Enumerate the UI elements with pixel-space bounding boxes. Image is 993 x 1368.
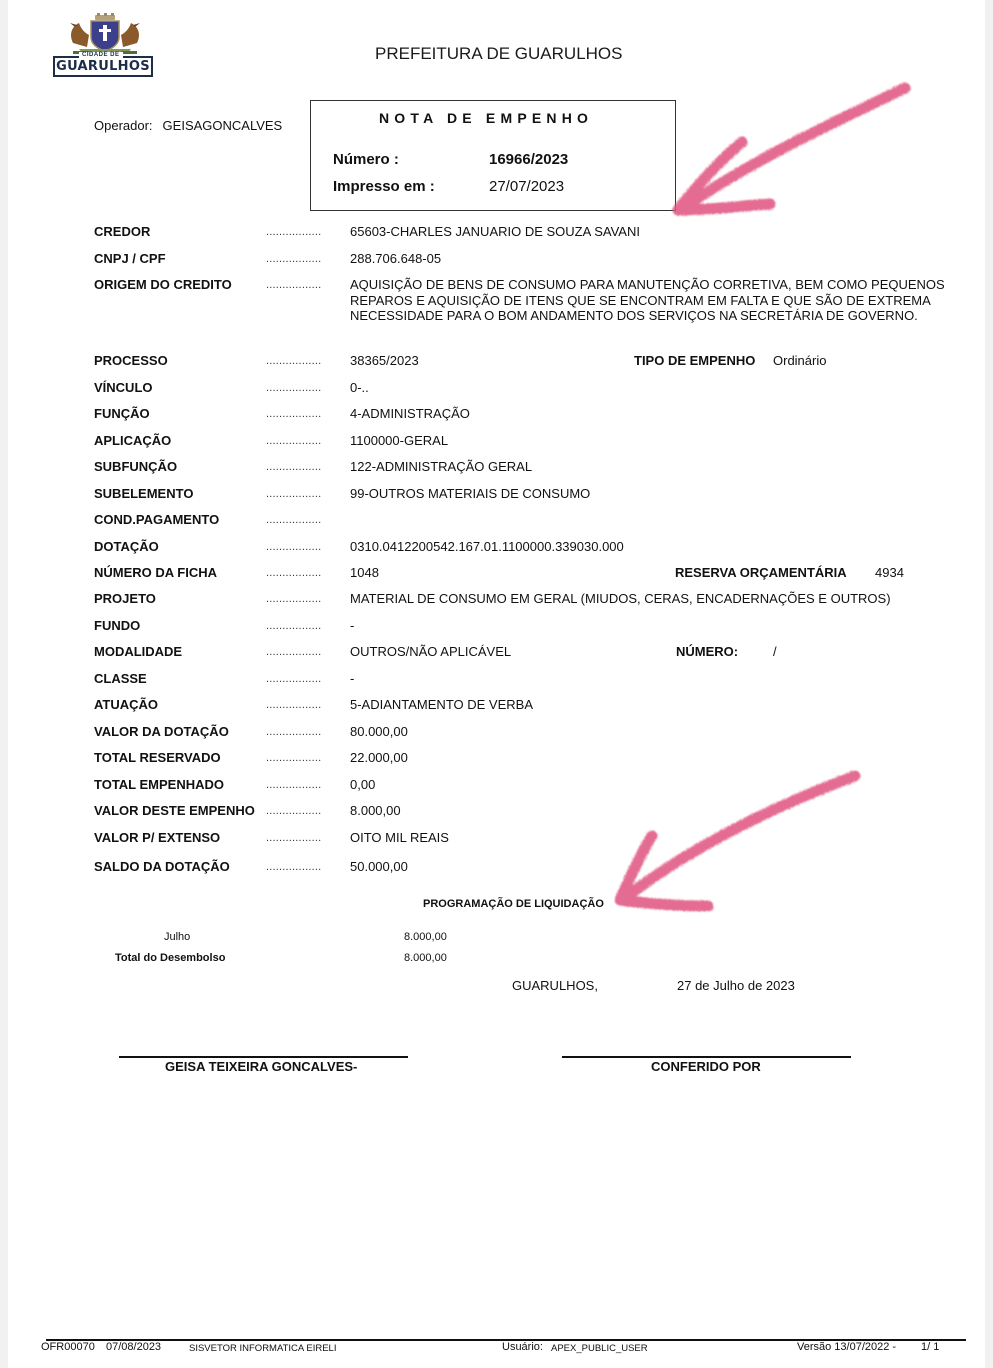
programacao-month-label: Julho xyxy=(164,931,190,943)
numero-value: 16966/2023 xyxy=(489,151,568,168)
logo-wordmark: CIDADE DE GUARULHOS xyxy=(53,56,153,77)
cond-pagamento-label: COND.PAGAMENTO xyxy=(94,512,219,527)
vinculo-label: VÍNCULO xyxy=(94,380,153,395)
numero-value-side: / xyxy=(773,644,777,659)
footer-code: OFR00070 xyxy=(41,1341,95,1353)
total-reservado-value: 22.000,00 xyxy=(350,750,408,765)
footer-usuario-value: APEX_PUBLIC_USER xyxy=(551,1343,648,1354)
total-empenhado-value: 0,00 xyxy=(350,777,375,792)
total-empenhado-dots: ................. xyxy=(266,779,321,791)
valor-dotacao-dots: ................. xyxy=(266,726,321,738)
classe-label: CLASSE xyxy=(94,671,147,686)
valor-dotacao-label: VALOR DA DOTAÇÃO xyxy=(94,724,229,739)
subelemento-label: SUBELEMENTO xyxy=(94,486,193,501)
footer-versao: Versão 13/07/2022 - xyxy=(797,1341,896,1353)
cnpj-label: CNPJ / CPF xyxy=(94,251,166,266)
atuacao-value: 5-ADIANTAMENTO DE VERBA xyxy=(350,697,533,712)
classe-value: - xyxy=(350,671,354,686)
funcao-dots: ................. xyxy=(266,408,321,420)
numero-ficha-dots: ................. xyxy=(266,567,321,579)
reserva-value: 4934 xyxy=(875,565,904,580)
aplicacao-label: APLICAÇÃO xyxy=(94,433,171,448)
total-desembolso-value: 8.000,00 xyxy=(404,952,447,964)
dotacao-dots: ................. xyxy=(266,541,321,553)
page-title: PREFEITURA DE GUARULHOS xyxy=(375,44,623,64)
projeto-dots: ................. xyxy=(266,593,321,605)
signature-name-right: CONFERIDO POR xyxy=(651,1059,761,1074)
place-city: GUARULHOS, xyxy=(512,978,598,993)
total-empenhado-label: TOTAL EMPENHADO xyxy=(94,777,224,792)
subfuncao-dots: ................. xyxy=(266,461,321,473)
total-reservado-dots: ................. xyxy=(266,752,321,764)
valor-empenho-value: 8.000,00 xyxy=(350,803,401,818)
modalidade-value: OUTROS/NÃO APLICÁVEL xyxy=(350,644,511,659)
tipo-empenho-value: Ordinário xyxy=(773,353,826,368)
modalidade-dots: ................. xyxy=(266,646,321,658)
valor-extenso-value: OITO MIL REAIS xyxy=(350,830,449,845)
place-date: 27 de Julho de 2023 xyxy=(677,978,795,993)
atuacao-dots: ................. xyxy=(266,699,321,711)
funcao-label: FUNÇÃO xyxy=(94,406,150,421)
cnpj-dots: ................. xyxy=(266,253,321,265)
vinculo-dots: ................. xyxy=(266,382,321,394)
numero-ficha-value: 1048 xyxy=(350,565,379,580)
vinculo-value: 0-.. xyxy=(350,380,369,395)
programacao-title: PROGRAMAÇÃO DE LIQUIDAÇÃO xyxy=(423,898,604,910)
signature-line-left xyxy=(119,1056,408,1058)
footer-company: SISVETOR INFORMATICA EIRELI xyxy=(189,1343,336,1354)
numero-label-side: NÚMERO: xyxy=(676,644,738,659)
valor-empenho-dots: ................. xyxy=(266,805,321,817)
cond-pagamento-dots: ................. xyxy=(266,514,321,526)
dotacao-label: DOTAÇÃO xyxy=(94,539,159,554)
projeto-value: MATERIAL DE CONSUMO EM GERAL (MIUDOS, CE… xyxy=(350,591,891,606)
processo-value: 38365/2023 xyxy=(350,353,419,368)
footer-usuario-label: Usuário: xyxy=(502,1341,543,1353)
subelemento-dots: ................. xyxy=(266,488,321,500)
origem-dots: ................. xyxy=(266,279,321,291)
funcao-value: 4-ADMINISTRAÇÃO xyxy=(350,406,470,421)
subelemento-value: 99-OUTROS MATERIAIS DE CONSUMO xyxy=(350,486,590,501)
total-reservado-label: TOTAL RESERVADO xyxy=(94,750,221,765)
logo-top-text: CIDADE DE xyxy=(79,52,123,58)
valor-extenso-dots: ................. xyxy=(266,832,321,844)
saldo-dotacao-label: SALDO DA DOTAÇÃO xyxy=(94,859,230,874)
programacao-month-value: 8.000,00 xyxy=(404,931,447,943)
projeto-label: PROJETO xyxy=(94,591,156,606)
operador-value: GEISAGONCALVES xyxy=(163,118,283,133)
aplicacao-value: 1100000-GERAL xyxy=(350,433,448,448)
saldo-dotacao-dots: ................. xyxy=(266,861,321,873)
impresso-label: Impresso em : xyxy=(333,178,435,195)
credor-label: CREDOR xyxy=(94,224,150,239)
fundo-value: - xyxy=(350,618,354,633)
tipo-empenho-label: TIPO DE EMPENHO xyxy=(634,353,755,368)
fundo-label: FUNDO xyxy=(94,618,140,633)
signature-line-right xyxy=(562,1056,851,1058)
valor-dotacao-value: 80.000,00 xyxy=(350,724,408,739)
document-page: CIDADE DE GUARULHOS PREFEITURA DE GUARUL… xyxy=(8,0,985,1368)
origem-label: ORIGEM DO CREDITO xyxy=(94,277,232,292)
processo-dots: ................. xyxy=(266,355,321,367)
modalidade-label: MODALIDADE xyxy=(94,644,182,659)
numero-label: Número : xyxy=(333,151,399,168)
atuacao-label: ATUAÇÃO xyxy=(94,697,158,712)
subfuncao-label: SUBFUNÇÃO xyxy=(94,459,177,474)
footer-page-number: 1/ 1 xyxy=(921,1341,939,1353)
classe-dots: ................. xyxy=(266,673,321,685)
nota-title: NOTA DE EMPENHO xyxy=(379,110,593,126)
valor-empenho-label: VALOR DESTE EMPENHO xyxy=(94,803,255,818)
total-desembolso-label: Total do Desembolso xyxy=(115,952,225,964)
operador-line: Operador:GEISAGONCALVES xyxy=(94,118,282,133)
city-logo: CIDADE DE GUARULHOS xyxy=(53,13,157,81)
saldo-dotacao-value: 50.000,00 xyxy=(350,859,408,874)
logo-main-text: GUARULHOS xyxy=(56,59,150,74)
reserva-label: RESERVA ORÇAMENTÁRIA xyxy=(675,565,847,580)
coat-of-arms-icon xyxy=(53,13,157,57)
numero-ficha-label: NÚMERO DA FICHA xyxy=(94,565,217,580)
origem-value: AQUISIÇÃO DE BENS DE CONSUMO PARA MANUTE… xyxy=(350,277,945,324)
aplicacao-dots: ................. xyxy=(266,435,321,447)
footer-date: 07/08/2023 xyxy=(106,1341,161,1353)
valor-extenso-label: VALOR P/ EXTENSO xyxy=(94,830,220,845)
subfuncao-value: 122-ADMINISTRAÇÃO GERAL xyxy=(350,459,532,474)
operador-label: Operador: xyxy=(94,118,153,133)
processo-label: PROCESSO xyxy=(94,353,168,368)
cnpj-value: 288.706.648-05 xyxy=(350,251,441,266)
signature-name-left: GEISA TEIXEIRA GONCALVES- xyxy=(165,1059,357,1074)
credor-dots: ................. xyxy=(266,226,321,238)
dotacao-value: 0310.0412200542.167.01.1100000.339030.00… xyxy=(350,539,624,554)
impresso-value: 27/07/2023 xyxy=(489,178,564,195)
fundo-dots: ................. xyxy=(266,620,321,632)
credor-value: 65603-CHARLES JANUARIO DE SOUZA SAVANI xyxy=(350,224,640,239)
